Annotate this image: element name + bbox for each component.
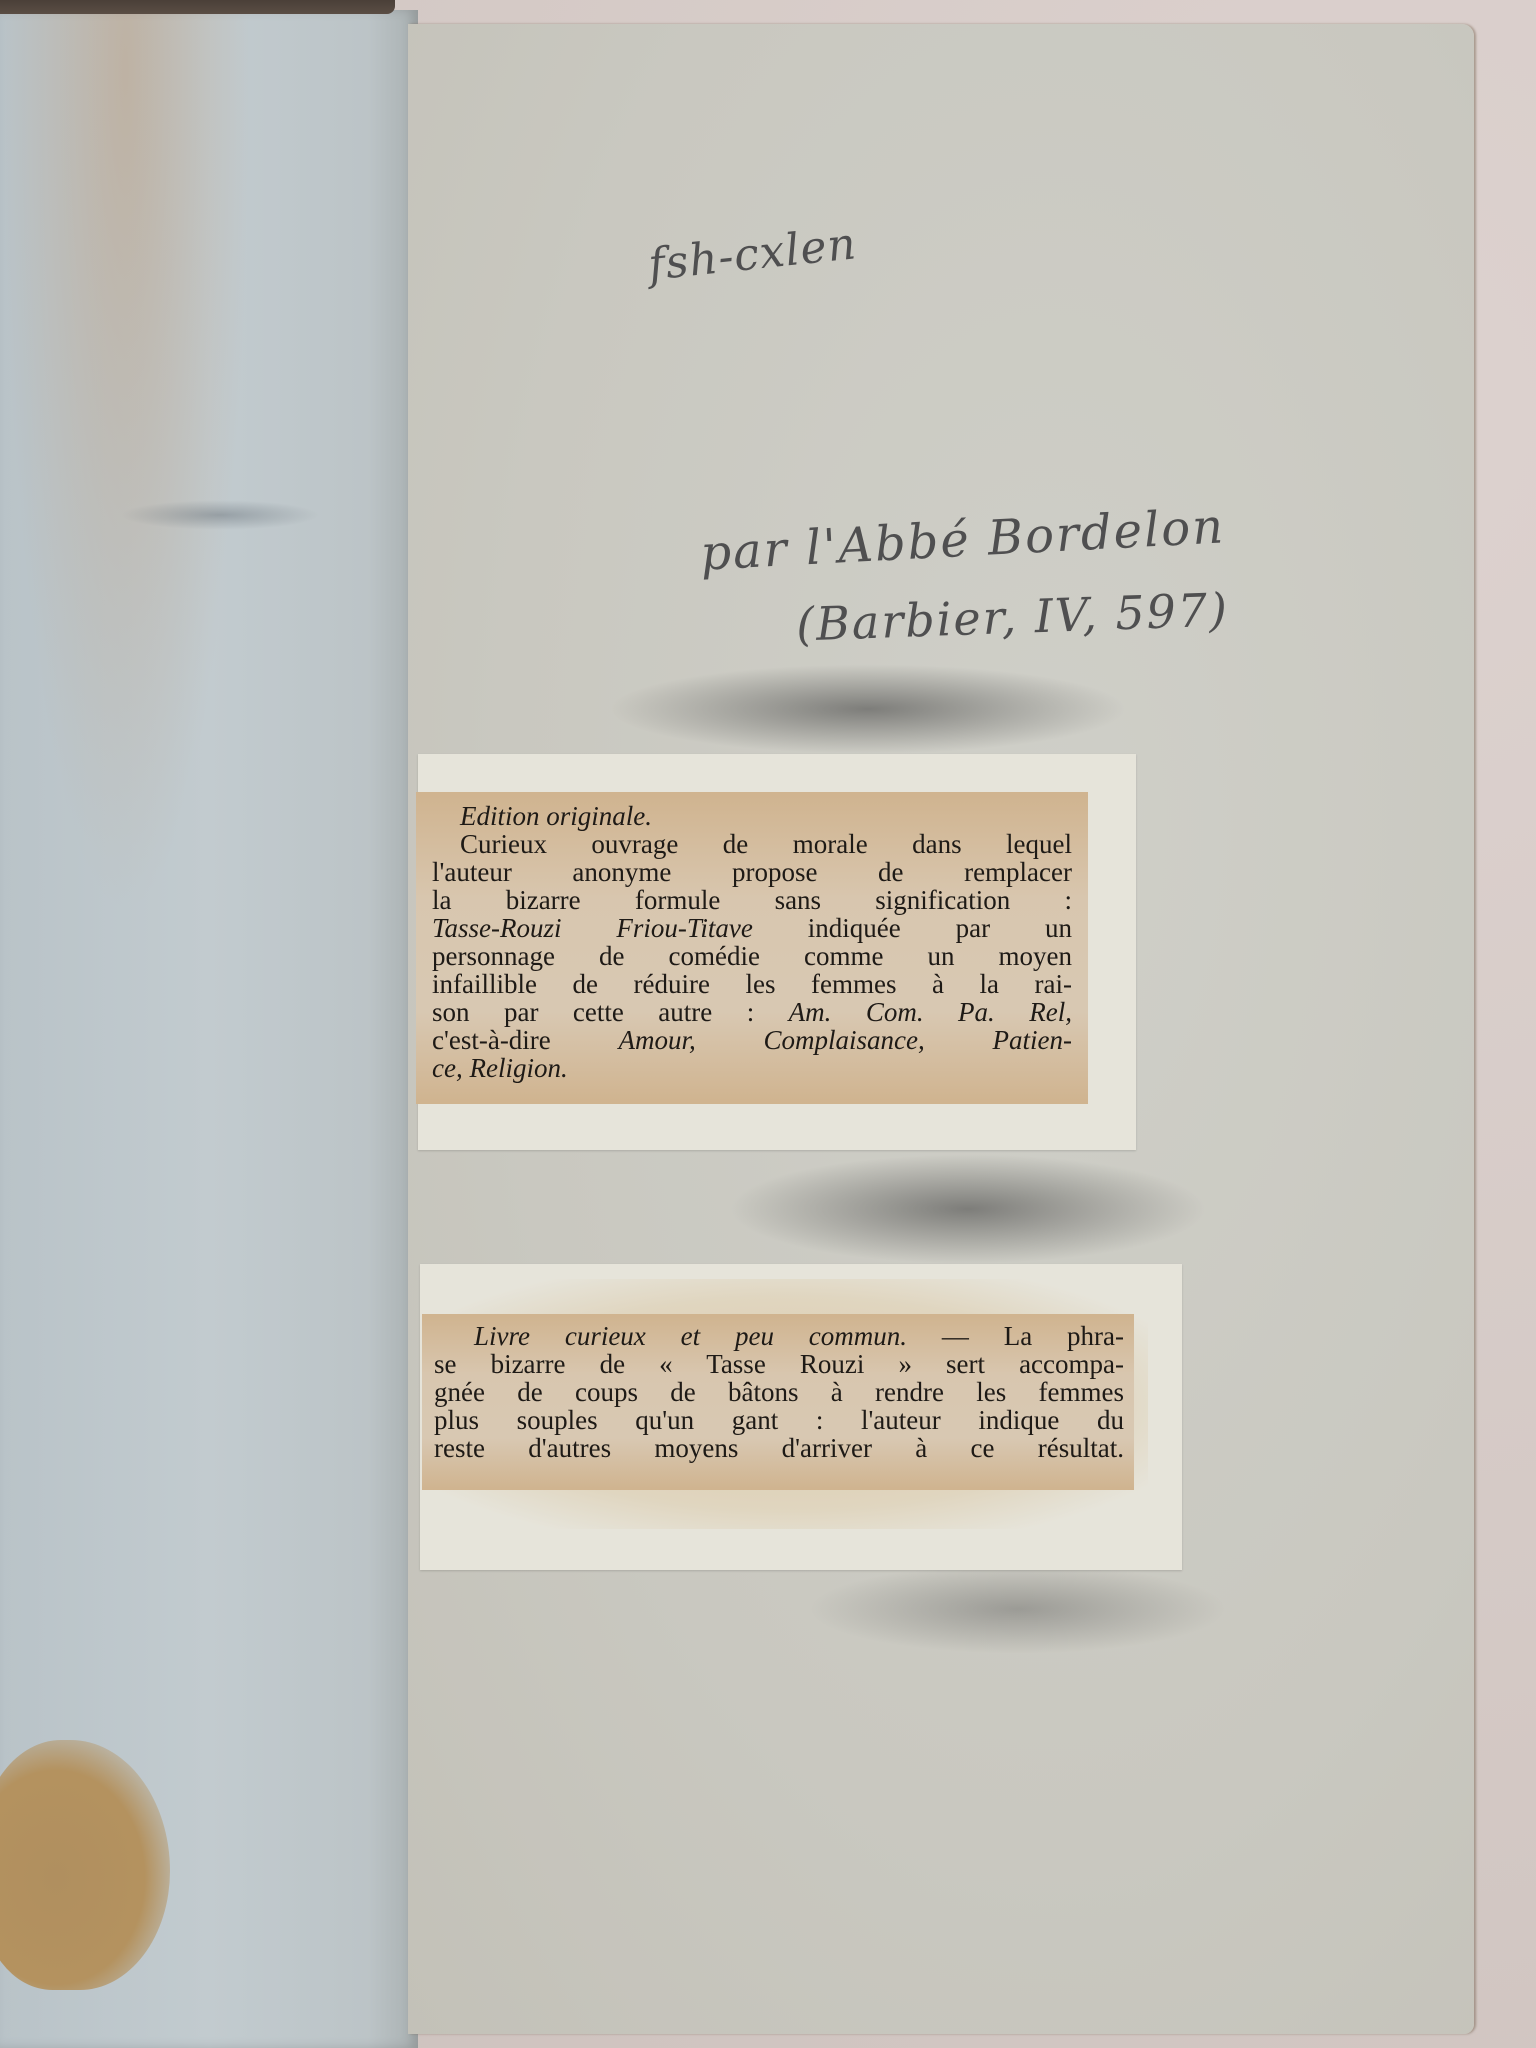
clipping-line: Tasse-Rouzi Friou-Titave indiquée par un (432, 914, 1072, 942)
clipping-line: se bizarre de « Tasse Rouzi » sert accom… (434, 1350, 1124, 1378)
clipping-line: l'auteur anonyme propose de remplacer (432, 858, 1072, 886)
shadow (808, 1564, 1228, 1654)
shadow (728, 1154, 1208, 1264)
clipping-italic: Am. Com. Pa. Rel, (789, 997, 1072, 1027)
clipping-text: — La phra- (907, 1321, 1124, 1351)
shadow (608, 664, 1128, 754)
clipping-line: Curieux ouvrage de morale dans lequel (432, 830, 1072, 858)
clipping-line: plus souples qu'un gant : l'auteur indiq… (434, 1406, 1124, 1434)
flyleaf-page: fsh-cxlen par l'Abbé Bordelon (Barbier, … (408, 24, 1474, 2034)
pencil-smudge (120, 500, 320, 530)
clipping-text: son par cette autre : (432, 997, 789, 1027)
water-stain (0, 1740, 170, 1990)
clipping-italic: Tasse-Rouzi Friou-Titave (432, 913, 753, 943)
clipping-line: personnage de comédie comme un moyen (432, 942, 1072, 970)
clipping-1-text: Edition originale. Curieux ouvrage de mo… (432, 802, 1072, 1082)
clipping-text: c'est-à-dire (432, 1025, 619, 1055)
cover-leather-edge (0, 0, 395, 14)
pencil-bibliographic-reference: (Barbier, IV, 597) (795, 582, 1230, 651)
clipping-2-text: Livre curieux et peu commun. — La phra- … (434, 1322, 1124, 1462)
clipping-line: gnée de coups de bâtons à rendre les fem… (434, 1378, 1124, 1406)
clipping-text: indiquée par un (753, 913, 1072, 943)
clipping-italic: Livre curieux et peu commun. (474, 1321, 907, 1351)
clipping-line: ce, Religion. (432, 1054, 1072, 1082)
left-cover-board (0, 10, 418, 2048)
pencil-catalogue-number: fsh-cxlen (646, 218, 859, 291)
clipping-line: reste d'autres moyens d'arriver à ce rés… (434, 1434, 1124, 1462)
clipping-line: c'est-à-dire Amour, Complaisance, Patien… (432, 1026, 1072, 1054)
clipping-line: son par cette autre : Am. Com. Pa. Rel, (432, 998, 1072, 1026)
clipping-line: Livre curieux et peu commun. — La phra- (434, 1322, 1124, 1350)
clipping-line: infaillible de réduire les femmes à la r… (432, 970, 1072, 998)
clipping-italic: Amour, Complaisance, Patien- (619, 1025, 1072, 1055)
pencil-attribution: par l'Abbé Bordelon (699, 498, 1227, 581)
clipping-line: Edition originale. (432, 802, 1072, 830)
catalogue-clipping-2: Livre curieux et peu commun. — La phra- … (422, 1314, 1134, 1490)
catalogue-clipping-1: Edition originale. Curieux ouvrage de mo… (416, 792, 1088, 1104)
clipping-line: la bizarre formule sans signification : (432, 886, 1072, 914)
